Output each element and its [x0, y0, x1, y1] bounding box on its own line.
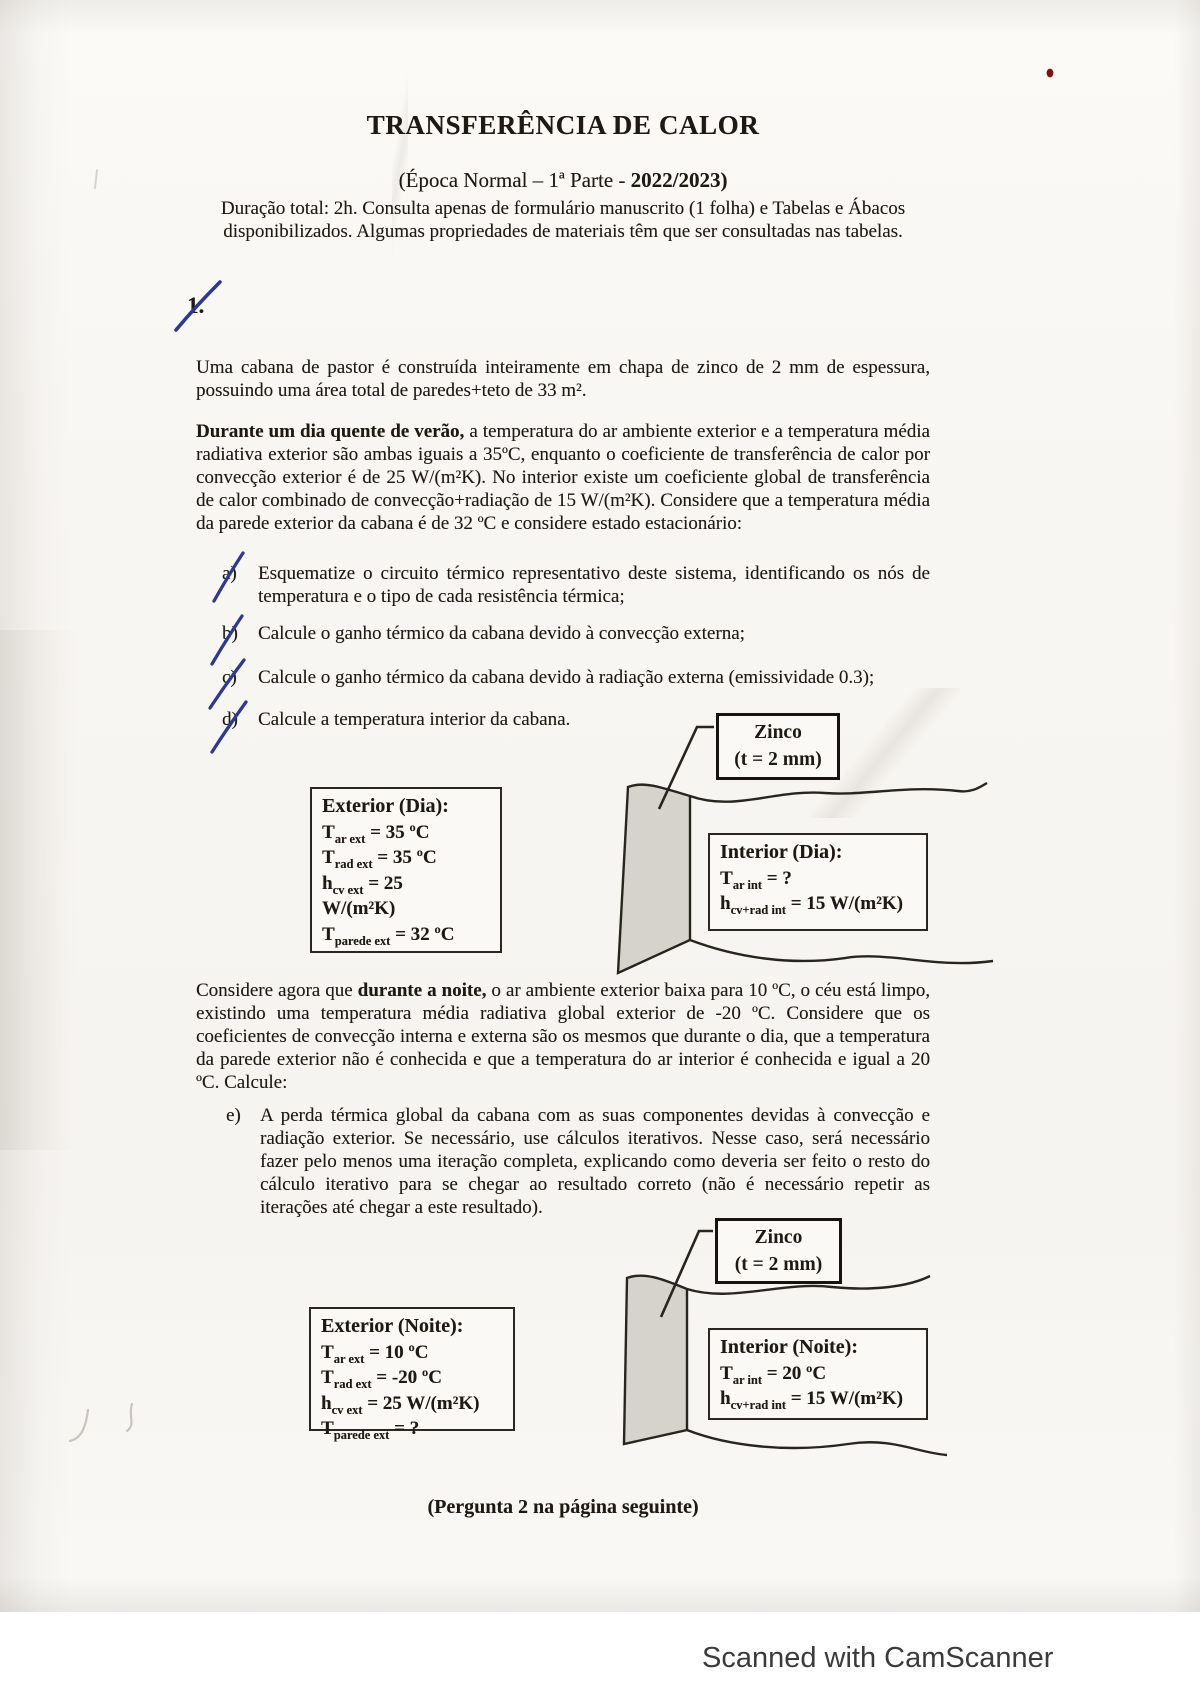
zinc-thickness-label: (t = 2 mm) — [718, 1251, 839, 1278]
red-ink-dot — [1047, 69, 1054, 78]
zinc-label-box-day: Zinco (t = 2 mm) — [716, 713, 840, 780]
zinc-material-label: Zinco — [718, 1224, 839, 1251]
next-page-note: (Pergunta 2 na página seguinte) — [196, 1496, 930, 1519]
param-line: Tar int = 20 ºC — [720, 1361, 916, 1387]
item-c-label: c) — [222, 666, 237, 689]
interior-day-box: Interior (Dia): Tar int = ? hcv+rad int … — [708, 833, 928, 931]
item-e-label: e) — [226, 1104, 241, 1127]
item-a-label: a) — [222, 562, 237, 585]
camscanner-watermark: Scanned with CamScanner — [702, 1642, 1053, 1675]
night-paragraph-lead: durante a noite, — [358, 980, 487, 1001]
cut-line-top-day — [690, 783, 987, 802]
param-line: hcv+rad int = 15 W/(m²K) — [720, 891, 916, 917]
item-b-text: Calcule o ganho térmico da cabana devido… — [258, 622, 930, 645]
zinc-material-label: Zinco — [719, 719, 837, 746]
param-line: Tar ext = 35 ºC — [322, 820, 490, 846]
day-paragraph-lead: Durante um dia quente de verão, — [196, 421, 464, 442]
param-line: Trad ext = -20 ºC — [321, 1365, 503, 1391]
pen-marks-overlay — [0, 0, 1200, 1698]
pencil-mark — [127, 1404, 132, 1431]
item-c-text: Calcule o ganho térmico da cabana devido… — [258, 666, 930, 689]
cut-line-bottom-night — [687, 1430, 947, 1455]
param-line: hcv ext = 25 W/(m²K) — [321, 1391, 503, 1417]
diagram-linework — [0, 0, 1200, 1698]
item-e: e) A perda térmica global da cabana com … — [226, 1104, 930, 1219]
item-a: a) Esquematize o circuito térmico repres… — [222, 562, 930, 608]
paper-shading-right — [1174, 0, 1200, 1612]
interior-night-box: Interior (Noite): Tar int = 20 ºC hcv+ra… — [708, 1328, 928, 1420]
item-d-label: d) — [222, 708, 238, 731]
scanned-exam-page: TRANSFERÊNCIA DE CALOR (Época Normal – 1… — [0, 0, 1200, 1698]
item-b-label: b) — [222, 622, 238, 645]
interior-night-title: Interior (Noite): — [720, 1335, 916, 1361]
param-line: hcv+rad int = 15 W/(m²K) — [720, 1386, 916, 1412]
zinc-wall-night — [624, 1276, 687, 1444]
item-c: c) Calcule o ganho térmico da cabana dev… — [222, 666, 930, 689]
pencil-mark — [70, 1410, 88, 1441]
param-line: hcv ext = 25 — [322, 871, 490, 897]
item-a-text: Esquematize o circuito térmico represent… — [258, 562, 930, 608]
zinc-thickness-label: (t = 2 mm) — [719, 746, 837, 773]
paper-shading-top — [0, 0, 1200, 34]
zinc-wall-day — [618, 785, 690, 973]
subtitle-year: 2022/2023) — [631, 168, 728, 192]
page-title: TRANSFERÊNCIA DE CALOR — [0, 110, 1126, 141]
exam-instructions: Duração total: 2h. Consulta apenas de fo… — [206, 197, 920, 243]
exterior-night-box: Exterior (Noite): Tar ext = 10 ºC Trad e… — [309, 1307, 515, 1431]
param-line: Tar int = ? — [720, 866, 916, 892]
exterior-night-title: Exterior (Noite): — [321, 1314, 503, 1340]
item-b: b) Calcule o ganho térmico da cabana dev… — [222, 622, 930, 645]
exterior-day-title: Exterior (Dia): — [322, 794, 490, 820]
day-paragraph: Durante um dia quente de verão, a temper… — [196, 420, 930, 535]
night-paragraph: Considere agora que durante a noite, o a… — [196, 979, 930, 1094]
zinc-label-box-night: Zinco (t = 2 mm) — [715, 1218, 842, 1284]
zinc-leader-line-night — [661, 1231, 713, 1317]
paper-crease — [0, 630, 110, 1150]
zinc-leader-line-day — [659, 727, 714, 809]
subtitle-plain: (Época Normal – 1ª Parte - — [399, 168, 631, 192]
param-line: Trad ext = 35 ºC — [322, 845, 490, 871]
night-paragraph-pre: Considere agora que — [196, 980, 358, 1001]
cut-line-bottom-day — [690, 940, 993, 963]
exterior-day-box: Exterior (Dia): Tar ext = 35 ºC Trad ext… — [310, 787, 502, 953]
interior-day-title: Interior (Dia): — [720, 840, 916, 866]
item-e-text: A perda térmica global da cabana com as … — [260, 1104, 930, 1219]
param-line: Tar ext = 10 ºC — [321, 1340, 503, 1366]
exam-subtitle: (Época Normal – 1ª Parte - 2022/2023) — [0, 168, 1126, 193]
paper-crease — [392, 0, 408, 330]
param-line: W/(m²K) — [322, 896, 490, 922]
question-1-intro: Uma cabana de pastor é construída inteir… — [196, 356, 930, 402]
paper-bottom-shadow — [0, 1576, 1200, 1612]
question-1-number: 1. — [187, 293, 204, 319]
param-line: Tparede ext = ? — [321, 1416, 503, 1442]
paper-shading-left — [0, 0, 70, 1612]
param-line: Tparede ext = 32 ºC — [322, 922, 490, 948]
